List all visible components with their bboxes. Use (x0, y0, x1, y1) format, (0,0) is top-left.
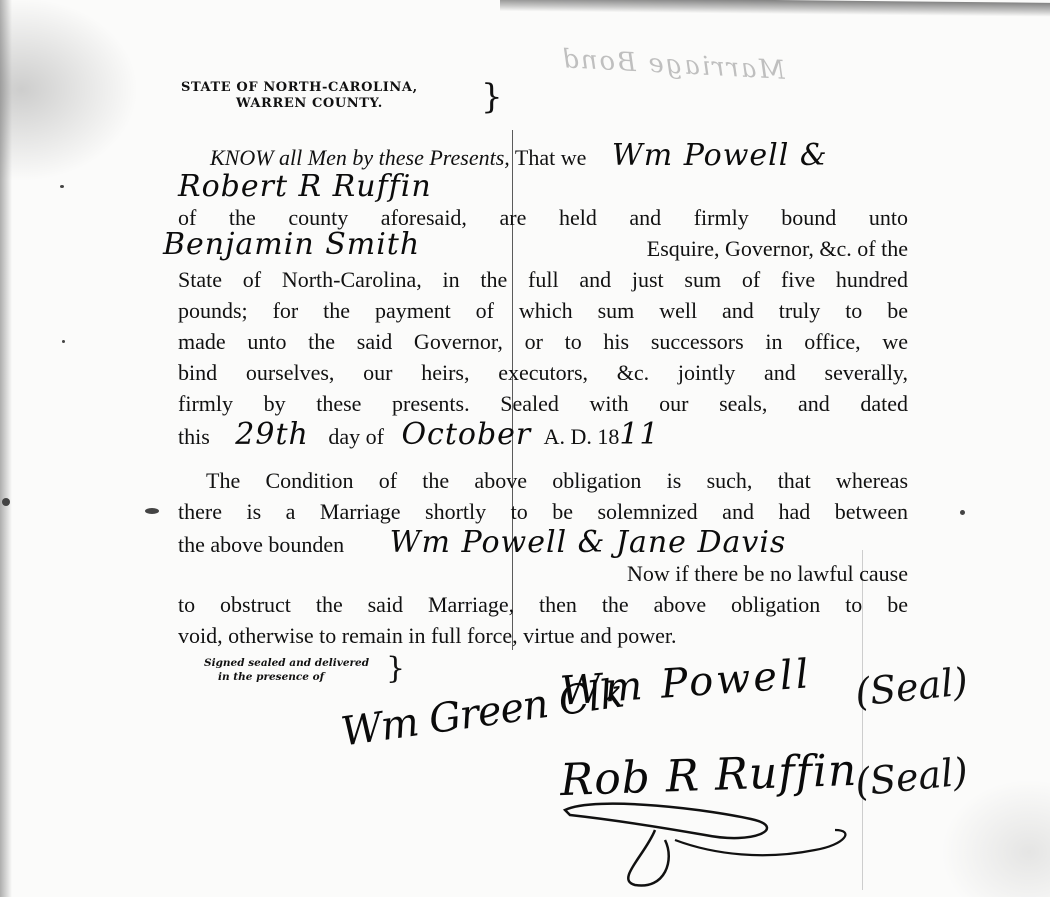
signed-sealed-delivered: Signed sealed and delivered (204, 656, 369, 670)
in-presence-of: in the presence of (204, 670, 369, 684)
document-paper: Marriage Bond STATE OF NORTH-CAROLINA, W… (0, 0, 1050, 897)
seal-mark-1: (Seal) (853, 659, 970, 715)
header-county: WARREN COUNTY. (181, 96, 418, 112)
handwritten-couple-names: Wm Powell & Jane Davis (350, 525, 787, 560)
governor-title: Esquire, Governor, &c. of the (647, 233, 908, 264)
that-we-phrase: That we (515, 145, 586, 170)
bond-line-10-date: this 29th day of October A. D. 1811 (178, 419, 908, 450)
torn-top-edge (500, 0, 1050, 17)
date-ad-prefix: A. D. 18 (544, 424, 620, 449)
ink-speck (62, 340, 65, 343)
above-bounden-phrase: the above bounden (178, 532, 344, 557)
condition-line-6: void, otherwise to remain in full force,… (178, 620, 908, 651)
surety-signature: Rob R Ruffin (559, 745, 858, 806)
know-all-men-phrase: KNOW all Men by these Presents, (210, 145, 510, 170)
handwritten-day: 29th (215, 417, 323, 452)
date-this: this (178, 424, 210, 449)
header-brace: } (481, 80, 503, 114)
date-day-of: day of (328, 424, 384, 449)
stained-left-edge (0, 0, 12, 897)
bond-line-4: Benjamin Smith Esquire, Governor, &c. of… (178, 233, 908, 264)
seal-mark-2: (Seal) (853, 749, 970, 805)
condition-paragraph: The Condition of the above obligation is… (178, 465, 908, 651)
witness-brace: } (386, 654, 405, 684)
handwritten-year-suffix: 11 (619, 417, 659, 452)
ink-speck (2, 498, 10, 506)
condition-line-5: to obstruct the said Marriage, then the … (178, 589, 908, 620)
handwritten-governor-name: Benjamin Smith (163, 229, 420, 260)
ink-speck (145, 508, 159, 514)
condition-line-2: there is a Marriage shortly to be solemn… (178, 496, 908, 527)
principal-signature: Wm Powell (559, 651, 813, 714)
bond-line-1: KNOW all Men by these Presents, That we … (178, 140, 908, 171)
handwritten-surety-name: Robert R Ruffin (178, 169, 432, 204)
condition-line-4: Now if there be no lawful cause (178, 558, 908, 589)
bond-line-2: Robert R Ruffin (178, 171, 908, 202)
bond-line-6: pounds; for the payment of which sum wel… (178, 295, 908, 326)
handwritten-month: October (389, 417, 539, 452)
ink-speck (960, 510, 965, 515)
handwritten-principal-names: Wm Powell & (592, 138, 828, 173)
signature-flourish-icon (555, 800, 925, 890)
ink-speck (60, 185, 64, 188)
header-state: STATE OF NORTH-CAROLINA, (181, 80, 418, 96)
witness-attestation-label: Signed sealed and delivered in the prese… (204, 656, 369, 684)
bond-line-8: bind ourselves, our heirs, executors, &c… (178, 357, 908, 388)
bond-paragraph: KNOW all Men by these Presents, That we … (178, 140, 908, 450)
jurisdiction-header: STATE OF NORTH-CAROLINA, WARREN COUNTY. … (181, 80, 418, 112)
bond-line-7: made unto the said Governor, or to his s… (178, 326, 908, 357)
bond-line-5: State of North-Carolina, in the full and… (178, 264, 908, 295)
condition-line-3: the above bounden Wm Powell & Jane Davis (178, 527, 908, 558)
reverse-side-bleed-through: Marriage Bond (559, 44, 786, 86)
bond-line-9: firmly by these presents. Sealed with ou… (178, 388, 908, 419)
condition-line-1: The Condition of the above obligation is… (178, 465, 908, 496)
